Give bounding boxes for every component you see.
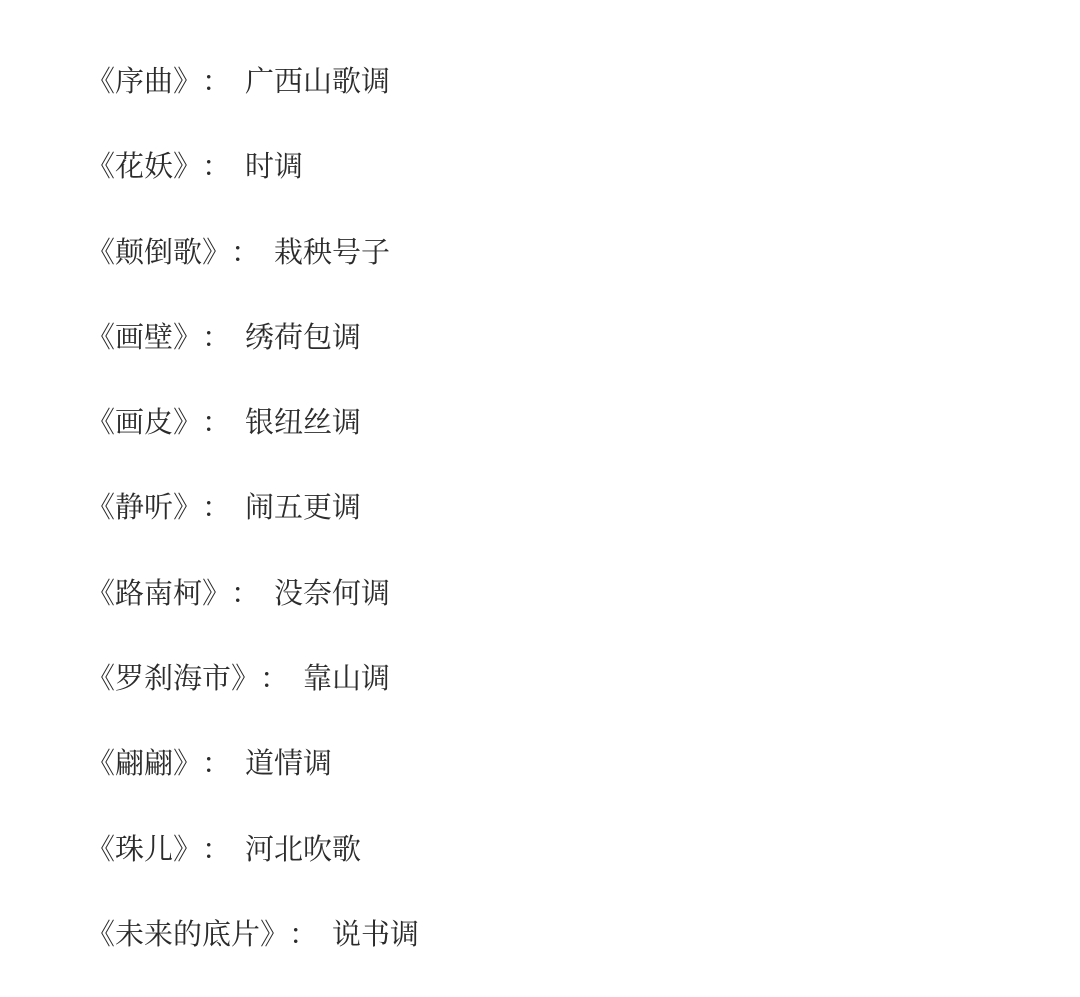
tune-name: 靠山调: [303, 655, 390, 701]
separator: ：: [260, 655, 289, 701]
song-title: 《序曲》: [86, 58, 202, 104]
separator: ：: [202, 399, 231, 445]
song-title: 《花妖》: [86, 143, 202, 189]
tune-name: 河北吹歌: [245, 826, 361, 872]
song-title: 《珠儿》: [86, 826, 202, 872]
separator: ：: [202, 314, 231, 360]
song-title: 《路南柯》: [86, 570, 231, 616]
separator: ：: [202, 58, 231, 104]
tune-name: 栽秧号子: [274, 229, 390, 275]
song-title: 《画皮》: [86, 399, 202, 445]
separator: ：: [202, 740, 231, 786]
list-item: 《序曲》：广西山歌调: [86, 58, 419, 143]
separator: ：: [231, 570, 260, 616]
separator: ：: [202, 826, 231, 872]
tune-name: 说书调: [332, 911, 419, 957]
song-title: 《翩翩》: [86, 740, 202, 786]
separator: ：: [231, 229, 260, 275]
list-item: 《翩翩》：道情调: [86, 740, 419, 825]
song-title: 《未来的底片》: [86, 911, 289, 957]
song-tune-list: 《序曲》：广西山歌调 《花妖》：时调 《颠倒歌》：栽秧号子 《画壁》：绣荷包调 …: [86, 58, 419, 996]
tune-name: 没奈何调: [274, 570, 390, 616]
song-title: 《画壁》: [86, 314, 202, 360]
list-item: 《颠倒歌》：栽秧号子: [86, 229, 419, 314]
list-item: 《路南柯》：没奈何调: [86, 570, 419, 655]
separator: ：: [202, 143, 231, 189]
tune-name: 道情调: [245, 740, 332, 786]
tune-name: 广西山歌调: [245, 58, 390, 104]
song-title: 《静听》: [86, 484, 202, 530]
tune-name: 银纽丝调: [245, 399, 361, 445]
list-item: 《花妖》：时调: [86, 143, 419, 228]
tune-name: 闹五更调: [245, 484, 361, 530]
list-item: 《罗刹海市》：靠山调: [86, 655, 419, 740]
tune-name: 时调: [245, 143, 303, 189]
song-title: 《颠倒歌》: [86, 229, 231, 275]
list-item: 《画壁》：绣荷包调: [86, 314, 419, 399]
list-item: 《珠儿》：河北吹歌: [86, 826, 419, 911]
tune-name: 绣荷包调: [245, 314, 361, 360]
list-item: 《静听》：闹五更调: [86, 484, 419, 569]
separator: ：: [289, 911, 318, 957]
song-title: 《罗刹海市》: [86, 655, 260, 701]
separator: ：: [202, 484, 231, 530]
list-item: 《画皮》：银纽丝调: [86, 399, 419, 484]
list-item: 《未来的底片》：说书调: [86, 911, 419, 996]
